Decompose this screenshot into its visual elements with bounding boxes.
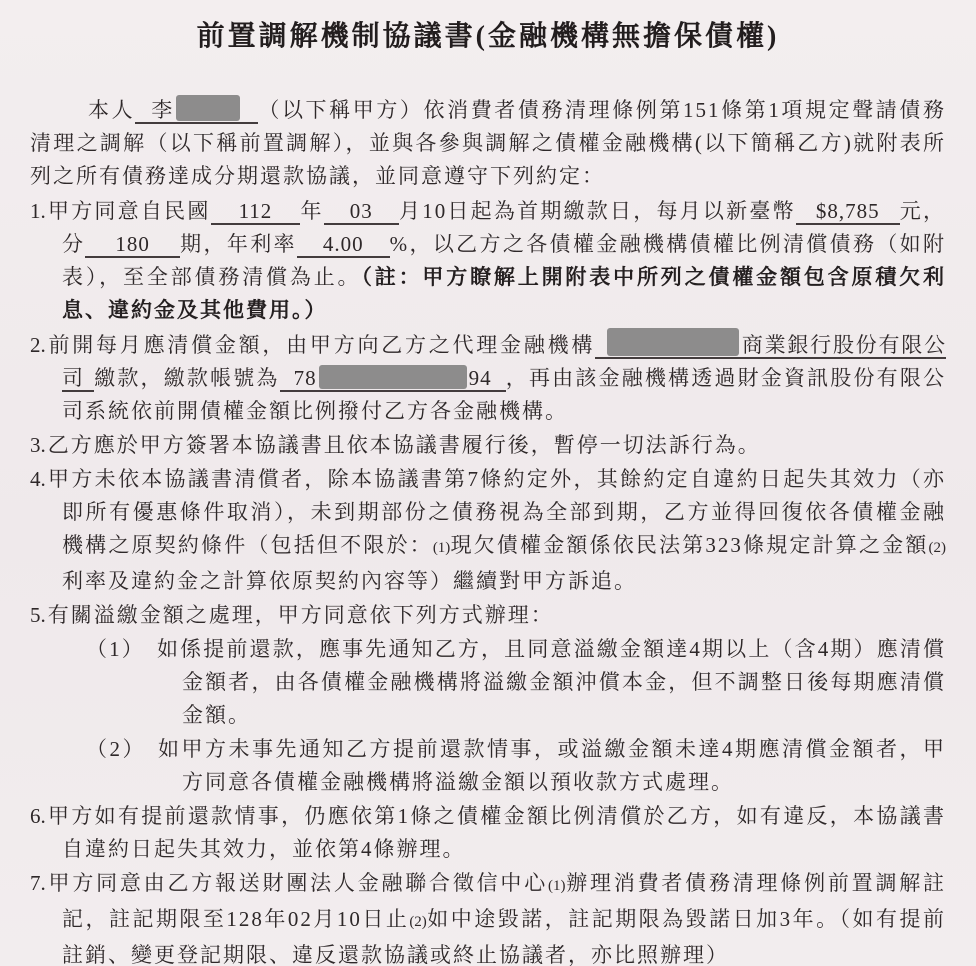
text-segment: 甲方同意自民國 [48, 199, 211, 223]
clause-3: 3.乙方應於甲方簽署本協議書且依本協議書履行後，暫停一切法訴行為。 [30, 429, 946, 462]
clause-number: 5. [30, 603, 48, 627]
blank-value: 94 [469, 366, 492, 390]
footnote-marker: (1) [548, 878, 566, 894]
text-segment: 月10日起為首期繳款日，每月以新臺幣 [399, 199, 796, 223]
clause-number: 7. [30, 871, 48, 895]
clause-5: 5.有關溢繳金額之處理，甲方同意依下列方式辦理： [30, 599, 946, 632]
clause-number: 3. [30, 433, 48, 457]
clause-number: 6. [30, 804, 48, 828]
blank-value: $8,785 [816, 199, 880, 223]
subclause-1: （1）如係提前還款，應事先通知乙方，且同意溢繳金額達4期以上（含4期）應清償金額… [30, 633, 946, 732]
clause-number: 1. [30, 199, 48, 223]
subclause-label: （2） [86, 737, 158, 761]
clause-2: 2.前開每月應清償金額，由甲方向乙方之代理金融機構商業銀行股份有限公司繳款，繳款… [30, 328, 946, 428]
filled-blank: 180 [85, 232, 180, 258]
filled-blank: 03 [324, 199, 399, 225]
text-segment: 甲方同意由乙方報送財團法人金融聯合徵信中心 [48, 871, 548, 895]
agreement-body: 本人李（以下稱甲方）依消費者債務清理條例第151條第1項規定聲請債務清理之調解（… [30, 94, 946, 966]
subclause-label: （1） [86, 637, 157, 661]
redaction-box [607, 328, 739, 356]
clause-1: 1.甲方同意自民國112年03月10日起為首期繳款日，每月以新臺幣$8,785元… [30, 195, 946, 327]
blank-value: 03 [350, 199, 373, 223]
blank-value: 78 [294, 366, 317, 390]
clause-6: 6.甲方如有提前還款情事，仍應依第1條之債權金額比例清償於乙方，如有違反，本協議… [30, 800, 946, 866]
text-segment: 現欠債權金額係依民法第323條規定計算之金額 [450, 533, 928, 557]
filled-blank: 112 [211, 199, 301, 225]
blank-value: 李 [151, 98, 174, 122]
redaction-box [176, 95, 240, 121]
document-title: 前置調解機制協議書(金融機構無擔保債權) [30, 14, 946, 54]
blank-value: 180 [115, 232, 150, 256]
text-segment: 本人 [88, 98, 135, 122]
clause-4: 4.甲方未依本協議書清償者，除本協議書第7條約定外，其餘約定自違約日起失其效力（… [30, 463, 946, 598]
text-segment: 有關溢繳金額之處理，甲方同意依下列方式辦理： [48, 603, 554, 627]
filled-blank: $8,785 [796, 199, 900, 225]
blank-value: 4.00 [323, 232, 364, 256]
preamble-paragraph: 本人李（以下稱甲方）依消費者債務清理條例第151條第1項規定聲請債務清理之調解（… [30, 94, 946, 193]
redaction-box [319, 365, 467, 389]
clause-7: 7.甲方同意由乙方報送財團法人金融聯合徵信中心(1)辦理消費者債務清理條例前置調… [30, 867, 946, 966]
footnote-marker: (1) [433, 540, 451, 556]
text-segment: 利率及違約金之計算依原契約內容等）繼續對甲方訴追。 [62, 569, 637, 593]
text-segment: 如係提前還款，應事先通知乙方，且同意溢繳金額達4期以上（含4期）應清償金額者，由… [157, 637, 946, 727]
filled-blank: 李 [135, 98, 258, 124]
scanned-agreement-page: 前置調解機制協議書(金融機構無擔保債權) 本人李（以下稱甲方）依消費者債務清理條… [0, 0, 976, 966]
footnote-marker: (2) [929, 540, 947, 556]
clause-number: 4. [30, 467, 48, 491]
text-segment: 年 [300, 199, 323, 223]
footnote-marker: (2) [409, 914, 427, 930]
filled-blank: 4.00 [297, 232, 390, 258]
text-segment: 繳款，繳款帳號為 [94, 366, 279, 390]
filled-blank: 7894 [280, 366, 506, 392]
blank-value: 112 [239, 199, 273, 223]
text-segment: 如甲方未事先通知乙方提前還款情事，或溢繳金額未達4期應清償金額者，甲方同意各債權… [158, 737, 946, 794]
subclause-2: （2）如甲方未事先通知乙方提前還款情事，或溢繳金額未達4期應清償金額者，甲方同意… [30, 733, 946, 799]
text-segment: 前開每月應清償金額，由甲方向乙方之代理金融機構 [48, 333, 595, 357]
clause-number: 2. [30, 333, 48, 357]
text-segment: 期，年利率 [180, 232, 297, 256]
text-segment: 乙方應於甲方簽署本協議書且依本協議書履行後，暫停一切法訴行為。 [48, 433, 761, 457]
text-segment: 甲方如有提前還款情事，仍應依第1條之債權金額比例清償於乙方，如有違反，本協議書自… [48, 804, 946, 861]
